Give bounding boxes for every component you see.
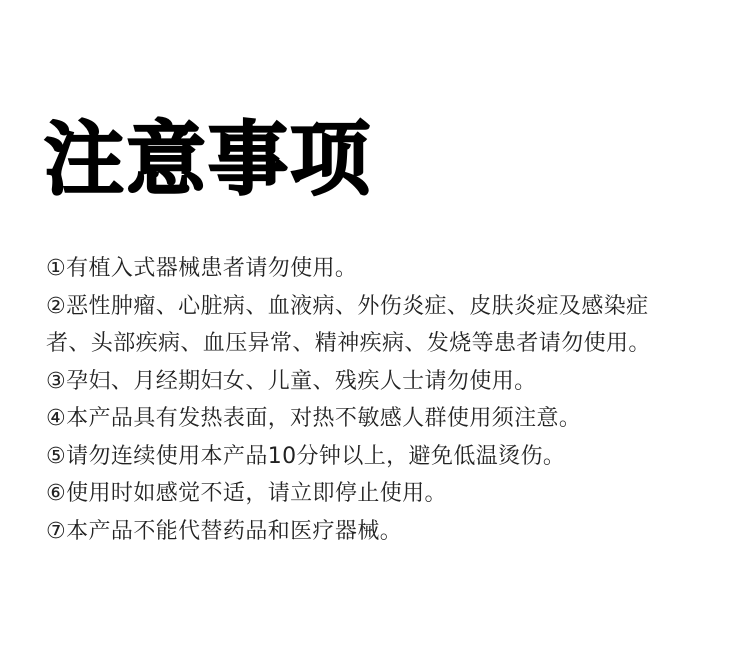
page-title: 注意事项 bbox=[44, 112, 372, 208]
precaution-item-7: ⑦本产品不能代替药品和医疗器械。 bbox=[46, 513, 686, 551]
precaution-item-2: ②恶性肿瘤、心脏病、血液病、外伤炎症、皮肤炎症及感染症者、头部疾病、血压异常、精… bbox=[46, 288, 686, 363]
precaution-item-5: ⑤请勿连续使用本产品10分钟以上，避免低温烫伤。 bbox=[46, 438, 686, 476]
precaution-item-4: ④本产品具有发热表面，对热不敏感人群使用须注意。 bbox=[46, 400, 686, 438]
precaution-item-3: ③孕妇、月经期妇女、儿童、残疾人士请勿使用。 bbox=[46, 363, 686, 401]
precautions-list: ①有植入式器械患者请勿使用。 ②恶性肿瘤、心脏病、血液病、外伤炎症、皮肤炎症及感… bbox=[46, 250, 686, 550]
precaution-item-6: ⑥使用时如感觉不适，请立即停止使用。 bbox=[46, 475, 686, 513]
precaution-item-1: ①有植入式器械患者请勿使用。 bbox=[46, 250, 686, 288]
